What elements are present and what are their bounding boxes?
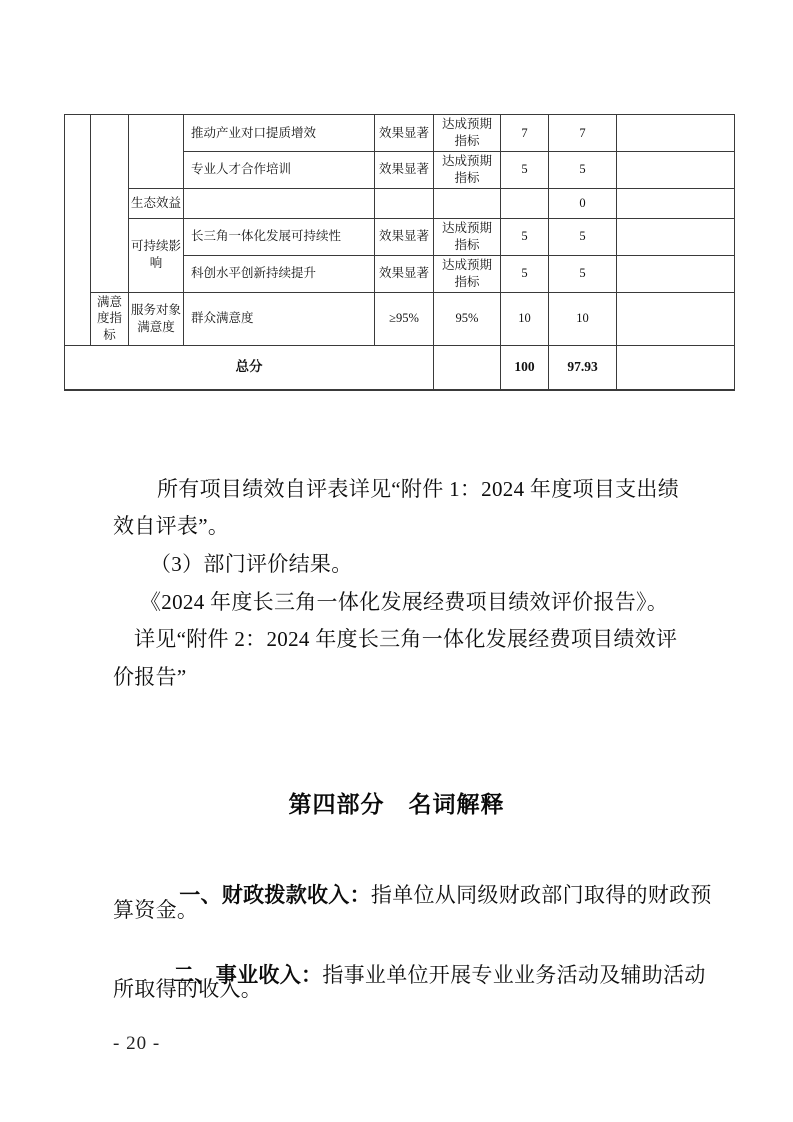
weight-cell: 5 [501,218,549,255]
weight-cell: 10 [501,292,549,346]
total-score-cell: 97.93 [549,346,617,390]
glossary-term1-definition: 指单位从同级财政部门取得的财政预 [371,883,712,907]
actual-value-cell [434,188,501,218]
paragraph-attachment2-line2: 价报告” [113,665,187,690]
performance-indicator-table: 推动产业对口提质增效 效果显著 达成预期指标 7 7 专业人才合作培训 效果显著… [64,114,735,391]
glossary-term2-definition: 指事业单位开展专业业务活动及辅助活动 [322,963,705,987]
paragraph-report-title: 《2024 年度长三角一体化发展经费项目绩效评价报告》。 [140,590,668,615]
target-value-cell: 效果显著 [375,152,434,189]
glossary-term1-line1: 一、财政拨款收入：指单位从同级财政部门取得的财政预 [157,858,712,933]
remark-cell [617,188,735,218]
score-cell: 10 [549,292,617,346]
group-label-cell [129,115,184,189]
weight-cell: 5 [501,152,549,189]
target-value-cell: 效果显著 [375,115,434,152]
total-weight-cell: 100 [501,346,549,390]
group-label-cell: 满意度指标 [91,292,129,346]
remark-cell [617,218,735,255]
glossary-term1-line2: 算资金。 [113,898,198,923]
remark-cell [617,115,735,152]
indicator-name-cell: 推动产业对口提质增效 [184,115,375,152]
target-value-cell: 效果显著 [375,218,434,255]
score-cell: 7 [549,115,617,152]
group-label-cell: 可持续影响 [129,218,184,292]
score-cell: 5 [549,152,617,189]
table-row: 满意度指标 服务对象满意度 群众满意度 ≥95% 95% 10 10 [65,292,735,346]
section-heading: 第四部分 名词解释 [0,791,793,819]
glossary-term2-line2: 所取得的收入。 [113,977,262,1002]
remark-cell [617,292,735,346]
indicator-name-cell: 群众满意度 [184,292,375,346]
table-row: 推动产业对口提质增效 效果显著 达成预期指标 7 7 [65,115,735,152]
paragraph-attachment1-line2: 效自评表”。 [113,514,229,539]
paragraph-dept-eval-result: （3）部门评价结果。 [150,552,353,577]
total-remark-cell [617,346,735,390]
weight-cell: 7 [501,115,549,152]
actual-value-cell: 达成预期指标 [434,152,501,189]
indicator-name-cell [184,188,375,218]
weight-cell: 5 [501,255,549,292]
remark-cell [617,255,735,292]
table-total-row: 总分 100 97.93 [65,346,735,390]
document-page: 推动产业对口提质增效 效果显著 达成预期指标 7 7 专业人才合作培训 效果显著… [0,0,793,1122]
indicator-name-cell: 长三角一体化发展可持续性 [184,218,375,255]
score-cell: 5 [549,218,617,255]
score-cell: 5 [549,255,617,292]
benefit-group-continued-cell [91,115,129,293]
remark-cell [617,152,735,189]
score-cell: 0 [549,188,617,218]
group-label-cell: 服务对象满意度 [129,292,184,346]
actual-value-cell: 达成预期指标 [434,218,501,255]
actual-value-cell: 达成预期指标 [434,255,501,292]
indicator-name-cell: 科创水平创新持续提升 [184,255,375,292]
page-number: - 20 - [113,1033,160,1055]
target-value-cell: ≥95% [375,292,434,346]
target-value-cell [375,188,434,218]
group-label-cell: 生态效益 [129,188,184,218]
weight-cell [501,188,549,218]
total-blank-cell [434,346,501,390]
total-label-cell: 总分 [65,346,434,390]
target-value-cell: 效果显著 [375,255,434,292]
paragraph-attachment1-line1: 所有项目绩效自评表详见“附件 1：2024 年度项目支出绩 [157,477,679,502]
paragraph-attachment2-line1: 详见“附件 2：2024 年度长三角一体化发展经费项目绩效评 [134,627,677,652]
actual-value-cell: 95% [434,292,501,346]
table-row: 可持续影响 长三角一体化发展可持续性 效果显著 达成预期指标 5 5 [65,218,735,255]
glossary-term1-label: 一、财政拨款收入： [179,883,371,907]
category-continued-cell [65,115,91,346]
table-row: 生态效益 0 [65,188,735,218]
actual-value-cell: 达成预期指标 [434,115,501,152]
indicator-name-cell: 专业人才合作培训 [184,152,375,189]
